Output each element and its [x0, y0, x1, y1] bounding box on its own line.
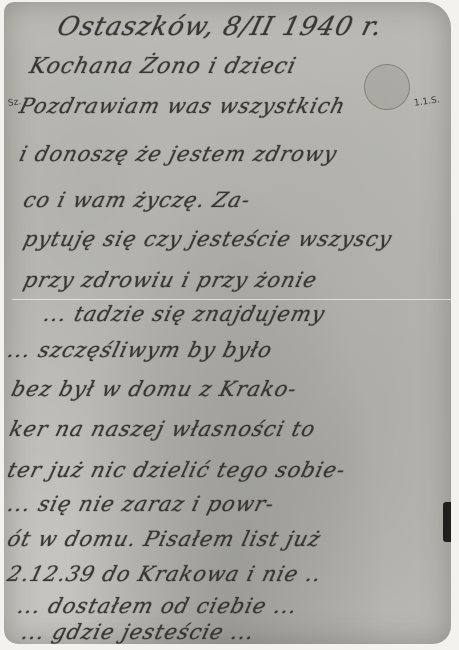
- letter-line: i donoszę że jestem zdrowy: [17, 142, 340, 166]
- letter-line: ... się nie zaraz i powr-: [5, 492, 277, 516]
- letter-line: pytuję się czy jesteście wszyscy: [21, 227, 395, 251]
- letter-line: ker na naszej własności to: [7, 417, 318, 441]
- letter-line: ter już nic dzielić tego sobie-: [5, 458, 348, 482]
- letter-line: 2.12.39 do Krakowa i nie ..: [5, 562, 324, 586]
- margin-note: 1.1.S.: [413, 95, 440, 108]
- postmark-stamp: [364, 64, 410, 110]
- torn-edge: [443, 502, 451, 542]
- paper-fold: [12, 299, 452, 300]
- letter-line: przy zdrowiu i przy żonie: [21, 268, 320, 292]
- letter-line: Pozdrawiam was wszystkich: [17, 94, 348, 118]
- letter-line: co i wam życzę. Za-: [21, 188, 253, 212]
- letter-paper: Ostaszków, 8/II 1940 r. Kochana Żono i d…: [4, 2, 451, 644]
- letter-place-date: Ostaszków, 8/II 1940 r.: [54, 12, 386, 42]
- letter-line: ót w domu. Pisałem list już: [5, 527, 324, 551]
- letter-line: bez był w domu z Krako-: [9, 377, 300, 401]
- letter-line: ... gdzie jesteście ...: [19, 620, 257, 644]
- letter-line: ... tadzie się znajdujemy: [41, 302, 328, 326]
- letter-salutation: Kochana Żono i dzieci: [27, 54, 299, 79]
- letter-line: ... dostałem od ciebie ...: [15, 594, 300, 618]
- letter-line: ... szczęśliwym by było: [5, 338, 275, 362]
